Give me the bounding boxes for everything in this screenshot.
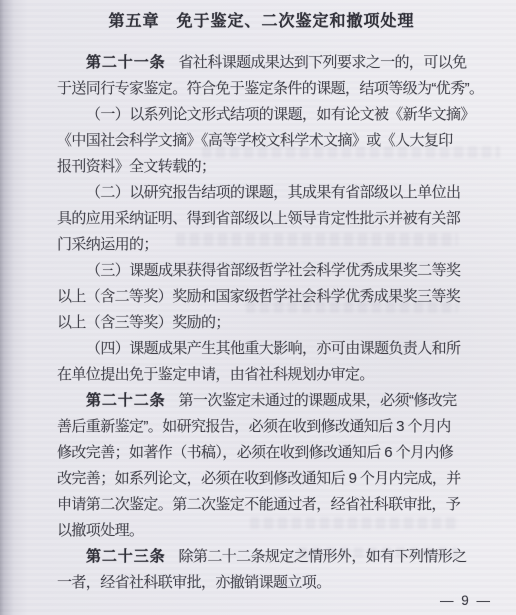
chapter-title: 第五章 免于鉴定、二次鉴定和撤项处理 xyxy=(57,9,466,35)
text-line: 第二十一条省社科课题成果达到下列要求之一的，可以免 xyxy=(57,50,466,76)
line-text: （一）以系列论文形式结项的课题，如有论文被《新华文摘》 xyxy=(86,106,475,123)
text-line: 一者，经省社科联审批，亦撤销课题立项。 xyxy=(57,570,466,596)
line-text: （三）课题成果获得省部级哲学社会科学优秀成果奖二等奖 xyxy=(86,262,460,279)
line-text: 申请第二次鉴定。第二次鉴定不能通过者，经省社科联审批，予 xyxy=(57,496,460,513)
line-text: （四）课题成果产生其他重大影响，亦可由课题负责人和所 xyxy=(86,340,460,357)
text-line: 《中国社会科学文摘》《高等学校文科学术文摘》或《人大复印 xyxy=(57,128,466,154)
text-line: 第二十三条除第二十二条规定之情形外，如有下列情形之 xyxy=(57,544,466,570)
line-text: 在单位提出免于鉴定申请，由省社科规划办审定。 xyxy=(57,366,374,383)
page-number: — 9 — xyxy=(440,593,492,608)
line-text: 《中国社会科学文摘》《高等学校文科学术文摘》或《人大复印 xyxy=(57,132,453,149)
text-line: 申请第二次鉴定。第二次鉴定不能通过者，经省社科联审批，予 xyxy=(57,492,466,518)
text-line: 报刊资料》全文转载的； xyxy=(57,154,466,180)
line-text: 以上（含二等奖）奖励和国家级哲学社会科学优秀成果奖三等奖 xyxy=(57,288,460,305)
line-text: （二）以研究报告结项的课题，其成果有省部级以上单位出 xyxy=(86,184,460,201)
text-line: 以上（含二等奖）奖励和国家级哲学社会科学优秀成果奖三等奖 xyxy=(57,284,466,310)
text-line: 改完善；如系列论文，必须在收到修改通知后 9 个月内完成，并 xyxy=(57,466,466,492)
scanned-document-page: 第五章 免于鉴定、二次鉴定和撤项处理 第二十一条省社科课题成果达到下列要求之一的… xyxy=(0,0,516,615)
article-number: 第二十二条 xyxy=(86,392,166,409)
line-text: 以撤项处理。 xyxy=(57,522,143,539)
line-text: 以上（含三等奖）奖励的； xyxy=(57,314,230,331)
text-line: 善后重新鉴定”。如研究报告，必须在收到修改通知后 3 个月内 xyxy=(57,414,466,440)
text-line: 以上（含三等奖）奖励的； xyxy=(57,310,466,336)
line-text: 具的应用采纳证明、得到省部级以上领导肯定性批示并被有关部 xyxy=(57,210,460,227)
text-line: 门采纳运用的； xyxy=(57,232,466,258)
line-text: 除第二十二条规定之情形外，如有下列情形之 xyxy=(179,548,467,565)
article-number: 第二十三条 xyxy=(86,548,166,565)
text-line: （二）以研究报告结项的课题，其成果有省部级以上单位出 xyxy=(57,180,466,206)
document-body: 第五章 免于鉴定、二次鉴定和撤项处理 第二十一条省社科课题成果达到下列要求之一的… xyxy=(57,9,466,596)
line-text: 善后重新鉴定”。如研究报告，必须在收到修改通知后 3 个月内 xyxy=(57,418,451,435)
article-number: 第二十一条 xyxy=(86,54,166,71)
text-line: （四）课题成果产生其他重大影响，亦可由课题负责人和所 xyxy=(57,336,466,362)
line-text: 省社科课题成果达到下列要求之一的，可以免 xyxy=(179,54,467,71)
text-line: （一）以系列论文形式结项的课题，如有论文被《新华文摘》 xyxy=(57,102,466,128)
line-text: 一者，经省社科联审批，亦撤销课题立项。 xyxy=(57,574,331,591)
text-line: 修改完善；如著作（书稿），必须在收到修改通知后 6 个月内修 xyxy=(57,440,466,466)
text-line: （三）课题成果获得省部级哲学社会科学优秀成果奖二等奖 xyxy=(57,258,466,284)
text-line: 具的应用采纳证明、得到省部级以上领导肯定性批示并被有关部 xyxy=(57,206,466,232)
line-text: 改完善；如系列论文，必须在收到修改通知后 9 个月内完成，并 xyxy=(57,470,461,487)
line-text: 修改完善；如著作（书稿），必须在收到修改通知后 6 个月内修 xyxy=(57,444,453,461)
line-text: 于送同行专家鉴定。符合免于鉴定条件的课题，结项等级为“优秀”。 xyxy=(57,80,483,97)
line-text: 门采纳运用的； xyxy=(57,236,158,253)
text-line: 在单位提出免于鉴定申请，由省社科规划办审定。 xyxy=(57,362,466,388)
text-line: 以撤项处理。 xyxy=(57,518,466,544)
text-line: 于送同行专家鉴定。符合免于鉴定条件的课题，结项等级为“优秀”。 xyxy=(57,76,466,102)
line-text: 报刊资料》全文转载的； xyxy=(57,158,215,175)
line-text: 第一次鉴定未通过的课题成果，必须“修改完 xyxy=(179,392,457,409)
text-line: 第二十二条第一次鉴定未通过的课题成果，必须“修改完 xyxy=(57,388,466,414)
